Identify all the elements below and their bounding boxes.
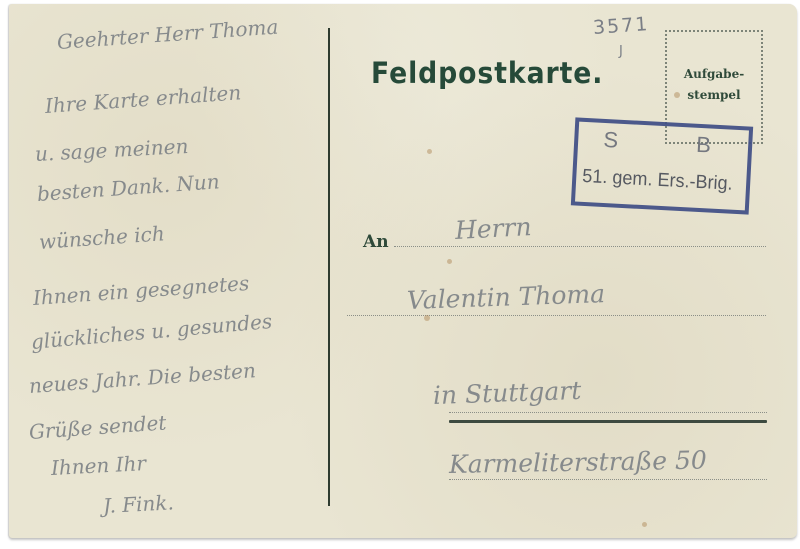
archive-subnumber: J: [619, 44, 623, 59]
stain-spot: [674, 92, 680, 98]
address-line-4: [449, 479, 767, 480]
message-line: Ihnen Ihr: [50, 451, 146, 480]
censor-stamp-top: S B: [578, 126, 749, 161]
address-street: Karmeliterstraße 50: [449, 446, 707, 479]
censor-stamp-bottom: 51. gem. Ers.-Brig.: [582, 166, 739, 196]
postcard: Feldpostkarte. 3571 J Aufgabe- stempel S…: [9, 4, 797, 538]
message-line: u. sage meinen: [34, 134, 189, 166]
postmark-label-line1: Aufgabe-: [667, 64, 761, 85]
message-line: Geehrter Herr Thoma: [56, 15, 279, 54]
message-line: Ihre Karte erhalten: [44, 80, 242, 118]
postmark-label-line2: stempel: [667, 85, 761, 106]
address-line-3: [449, 412, 767, 413]
address-city: in Stuttgart: [432, 376, 581, 410]
postmark-box-label: Aufgabe- stempel: [667, 64, 761, 106]
message-line: glückliches u. gesundes: [30, 309, 273, 354]
stain-spot: [642, 522, 647, 527]
message-line: wünsche ich: [38, 221, 165, 254]
message-line: besten Dank. Nun: [36, 169, 220, 206]
address-prefix: An: [363, 232, 389, 252]
stain-spot: [424, 315, 430, 321]
card-title: Feldpostkarte.: [371, 56, 603, 90]
censor-stamp: S B 51. gem. Ers.-Brig.: [571, 117, 753, 214]
message-signature: J. Fink.: [102, 490, 174, 518]
archive-number: 3571: [592, 13, 650, 39]
address-underline: [449, 420, 767, 423]
message-line: Grüße sendet: [28, 410, 167, 444]
address-recipient-title: Herrn: [454, 212, 532, 245]
address-recipient-name: Valentin Thoma: [406, 279, 605, 315]
stain-spot: [427, 149, 432, 154]
message-line: Ihnen ein gesegnetes: [32, 271, 250, 310]
vertical-divider-line: [328, 28, 330, 506]
address-line-1: [394, 246, 766, 247]
address-line-2: [347, 315, 766, 316]
stain-spot: [447, 259, 452, 264]
message-line: neues Jahr. Die besten: [28, 358, 256, 398]
